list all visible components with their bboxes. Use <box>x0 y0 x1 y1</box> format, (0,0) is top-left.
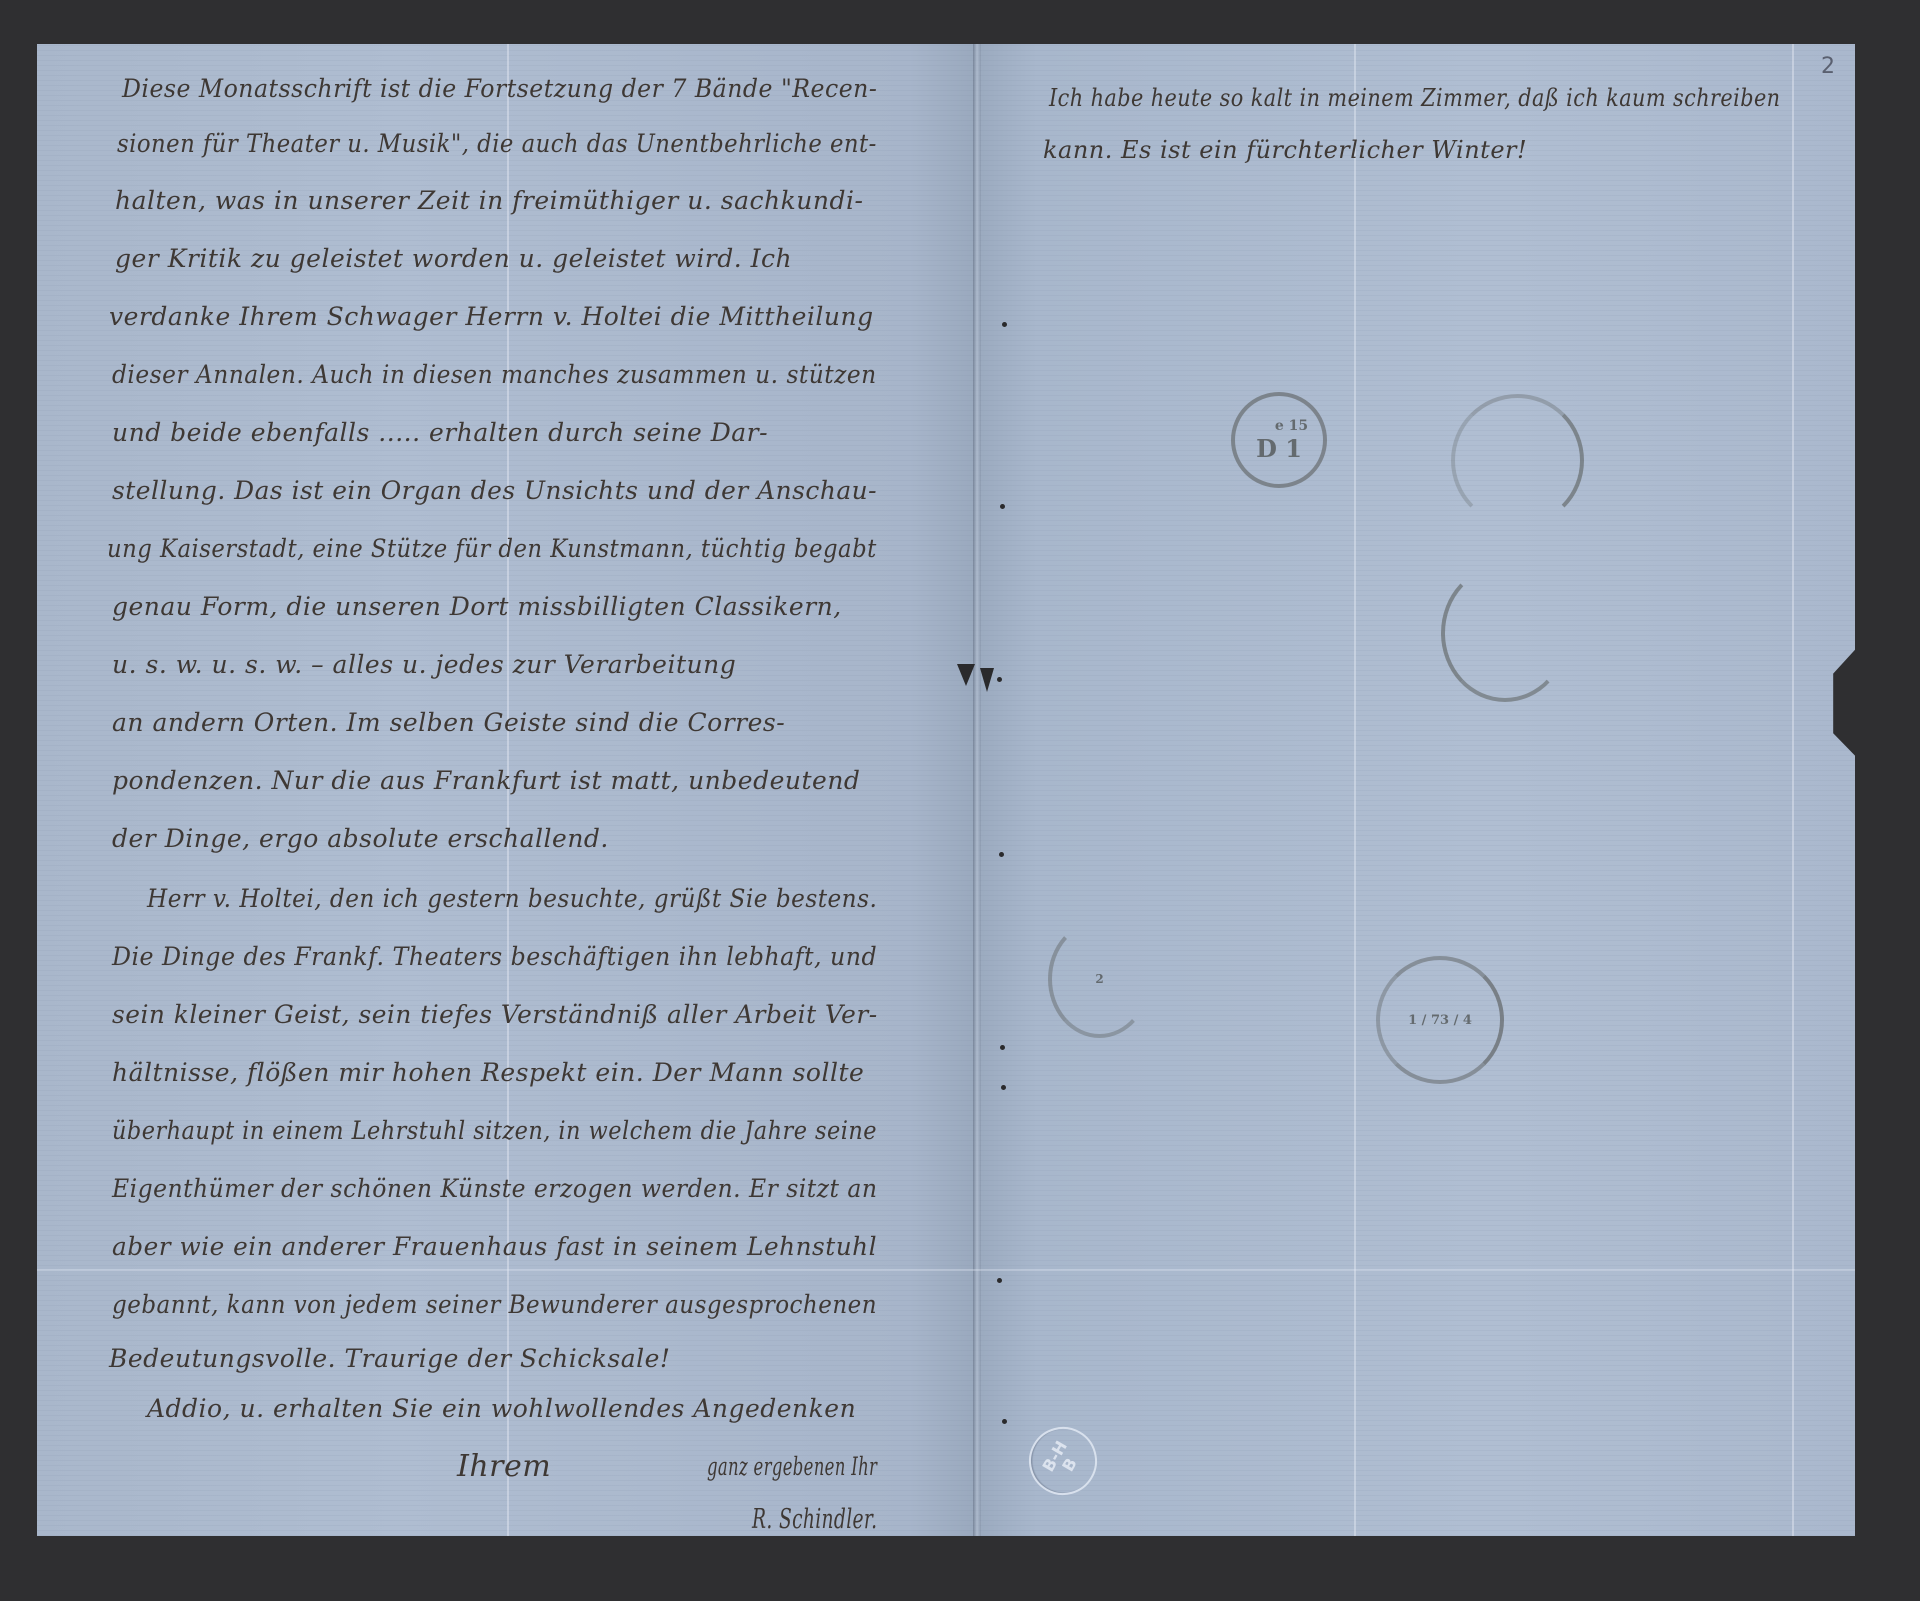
postmark-date: 1 / 73 / 4 <box>1408 1013 1472 1028</box>
closing-word: Ihrem <box>457 1449 551 1484</box>
postmark-partial <box>1441 564 1569 702</box>
letter-line: Eigenthümer der schönen Künste erzogen w… <box>112 1174 877 1203</box>
letter-line: hältnisse, flößen mir hohen Respekt ein.… <box>112 1058 864 1087</box>
punch-hole <box>999 852 1004 857</box>
punch-hole <box>1000 504 1005 509</box>
tear-mark <box>980 668 994 692</box>
page-number: 2 <box>1821 54 1835 79</box>
emboss-seal: B-H B <box>1017 1415 1110 1508</box>
punch-hole <box>997 677 1002 682</box>
letter-line: Bedeutungsvolle. Traurige der Schicksale… <box>109 1344 670 1373</box>
letter-line: halten, was in unserer Zeit in freimüthi… <box>115 186 863 215</box>
letter-line: stellung. Das ist ein Organ des Unsichts… <box>112 476 877 505</box>
letter-line: Diese Monatsschrift ist die Fortsetzung … <box>122 74 877 103</box>
letter-line: sein kleiner Geist, sein tiefes Verständ… <box>112 1000 878 1029</box>
letter-line: Addio, u. erhalten Sie ein wohlwollendes… <box>147 1394 856 1423</box>
postmark-label: D 1 <box>1256 434 1302 463</box>
letter-line: u. s. w. u. s. w. – alles u. jedes zur V… <box>112 650 736 679</box>
closing-line: ganz ergebenen Ihr <box>707 1452 877 1481</box>
letter-line: Herr v. Holtei, den ich gestern besuchte… <box>147 884 877 913</box>
tear-mark <box>957 664 975 686</box>
letter-line: der Dinge, ergo absolute erschallend. <box>112 824 609 853</box>
left-page: Diese Monatsschrift ist die Fortsetzung … <box>37 44 975 1536</box>
punch-hole <box>997 1278 1002 1283</box>
letter-line: gebannt, kann von jedem seiner Bewundere… <box>112 1290 877 1319</box>
letter-line: an andern Orten. Im selben Geiste sind d… <box>112 708 785 737</box>
postmark-stamp: 1 / 73 / 4 <box>1376 956 1504 1084</box>
postmark-smudge <box>1451 394 1584 527</box>
letter-line: ung Kaiserstadt, eine Stütze für den Kun… <box>107 534 877 563</box>
postmark-stamp: e 15 D 1 <box>1231 392 1327 488</box>
postmark-date: 2 <box>1095 972 1103 986</box>
letter-sheet: Diese Monatsschrift ist die Fortsetzung … <box>37 44 1855 1536</box>
letter-line: pondenzen. Nur die aus Frankfurt ist mat… <box>112 766 860 795</box>
letter-line: ger Kritik zu geleistet worden u. geleis… <box>115 244 792 273</box>
punch-hole <box>1000 1045 1005 1050</box>
letter-line: sionen für Theater u. Musik", die auch d… <box>117 129 877 158</box>
letter-line: Die Dinge des Frankf. Theaters beschäfti… <box>112 942 877 971</box>
punch-hole <box>1002 322 1007 327</box>
letter-line: genau Form, die unseren Dort missbilligt… <box>112 592 842 621</box>
postmark-date: e 15 <box>1275 418 1308 434</box>
letter-line: Ich habe heute so kalt in meinem Zimmer,… <box>1049 84 1780 112</box>
postmark-faint: 2 <box>1048 920 1151 1038</box>
punch-hole <box>1001 1085 1006 1090</box>
letter-line: überhaupt in einem Lehrstuhl sitzen, in … <box>112 1116 877 1145</box>
punch-hole <box>1002 1419 1007 1424</box>
letter-line: verdanke Ihrem Schwager Herrn v. Holtei … <box>109 302 874 331</box>
letter-line: dieser Annalen. Auch in diesen manches z… <box>112 360 877 389</box>
letter-line: aber wie ein anderer Frauenhaus fast in … <box>112 1232 877 1261</box>
right-page: 2 Ich habe heute so kalt in meinem Zimme… <box>981 44 1855 1536</box>
letter-line: und beide ebenfalls ..... erhalten durch… <box>112 418 768 447</box>
letter-line: kann. Es ist ein fürchterlicher Winter! <box>1043 136 1527 164</box>
signature: R. Schindler. <box>752 1504 877 1535</box>
